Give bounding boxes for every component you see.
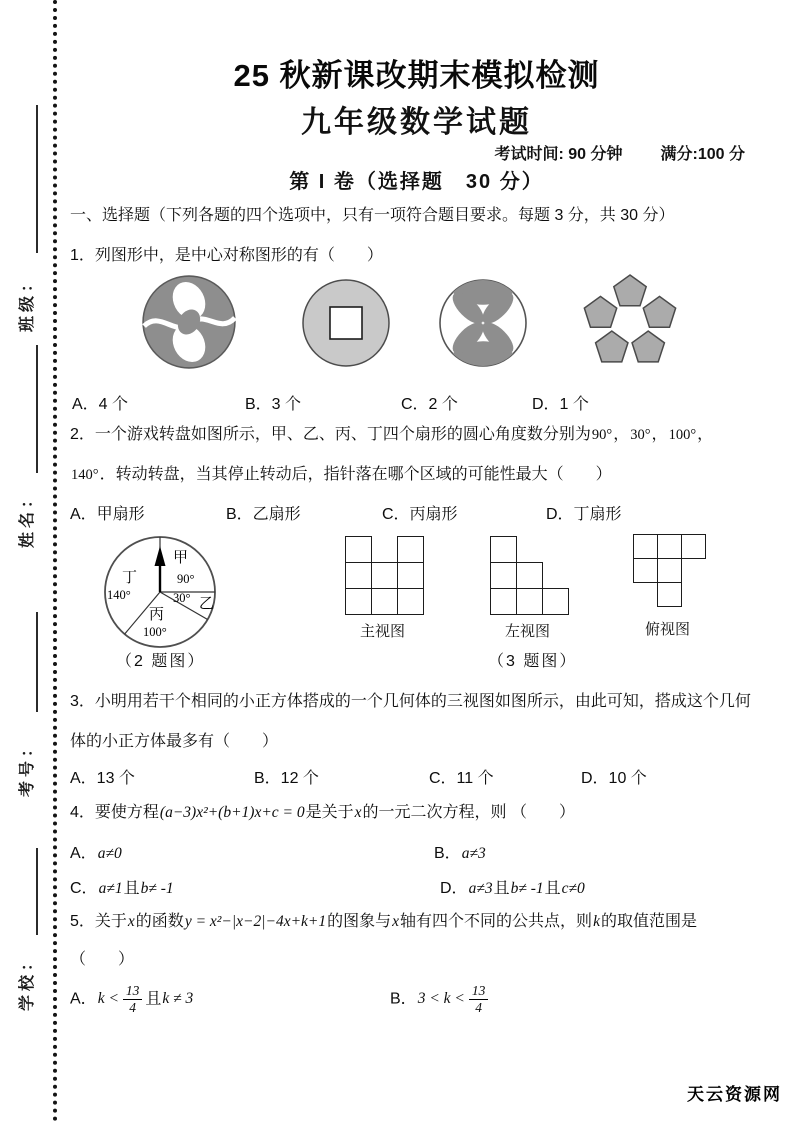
seal-dotted-line <box>53 0 57 1122</box>
text-segment: a≠3 <box>461 845 487 862</box>
text-segment: ， <box>613 426 629 443</box>
q5-option-a: A．k <134且k ≠ 3 <box>70 983 194 1015</box>
text-segment: b≠ -1 <box>140 880 175 897</box>
q4-option-b: B．a≠3 <box>434 840 487 863</box>
grid-cell <box>397 588 424 615</box>
text-segment: ．转动转盘，当其停止转动后，指针落在哪个区域的可能性最大（ ） <box>100 466 612 483</box>
text-segment: x <box>391 913 400 930</box>
grid-cell <box>397 562 424 589</box>
q3-option-d: D．10 个 <box>581 765 647 788</box>
exam-paper-page: 班级： 姓名： 考号： 学校： 25 秋新课改期末模拟检测 九年级数学试题 考试… <box>0 0 793 1122</box>
q2-option-a: A．甲扇形 <box>70 501 145 524</box>
grid-cell <box>397 536 424 563</box>
q2-figure-caption: （2 题图） <box>116 648 205 671</box>
sector-jia-angle: 90° <box>177 572 195 586</box>
site-watermark: 天云资源网 <box>687 1080 782 1105</box>
q1-figure-coin <box>300 277 392 369</box>
q1-figure-swirl-circle <box>140 272 238 372</box>
sector-ding-angle: 140° <box>107 588 131 602</box>
text-segment: k < <box>97 990 120 1007</box>
q1-option-d: D．1 个 <box>532 391 589 414</box>
q2-option-b: B．乙扇形 <box>226 501 301 524</box>
grid-cell <box>633 534 658 559</box>
text-segment: 4．要使方程 <box>70 804 159 821</box>
part-heading: 第 I 卷（选择题 30 分） <box>60 165 773 194</box>
q3-stem-line1: 3．小明用若干个相同的小正方体搭成的一个几何体的三视图如图所示，由此可知，搭成这… <box>70 691 751 713</box>
text-segment: 100° <box>668 427 698 443</box>
grid-cell <box>345 588 372 615</box>
sector-bing-angle: 100° <box>143 625 167 639</box>
q4-option-a: A．a≠0 <box>70 840 123 863</box>
text-segment: 且 <box>124 880 140 897</box>
text-segment: B． <box>390 990 417 1007</box>
text-segment: 的取值范围是 <box>601 913 697 930</box>
q1-option-c: C．2 个 <box>401 391 458 414</box>
q1-stem: 1．列图形中，是中心对称图形的有（ ） <box>70 245 383 267</box>
fraction: 134 <box>123 983 143 1015</box>
text-segment: (a−3)x²+(b+1)x+c = 0 <box>159 804 306 821</box>
q4-option-d: D．a≠3且b≠ -1且c≠0 <box>440 875 586 898</box>
text-segment: A． <box>70 990 97 1007</box>
grid-cell <box>490 588 517 615</box>
grid-cell <box>371 588 398 615</box>
q2-stem-line1: 2．一个游戏转盘如图所示，甲、乙、丙、丁四个扇形的圆心角度数分别为90°，30°… <box>70 424 713 446</box>
q5-stem-line2: （ ） <box>70 949 134 971</box>
q3-figure-caption: （3 题图） <box>488 648 577 671</box>
text-segment: 的图象与 <box>327 913 391 930</box>
q5-option-b: B．3 < k <134 <box>390 983 491 1015</box>
text-segment: 30° <box>629 427 651 443</box>
pentagon-top <box>614 275 646 306</box>
text-segment: 的一元二次方程，则 （ ） <box>363 804 575 821</box>
text-segment: k <box>592 913 601 930</box>
text-segment: k ≠ 3 <box>161 990 194 1007</box>
school-field-label: 学校： <box>14 926 36 1036</box>
text-segment: a≠0 <box>97 845 123 862</box>
grid-cell <box>542 588 569 615</box>
text-segment: x <box>354 804 363 821</box>
pentagon-right <box>641 293 679 333</box>
sector-yi-label: 乙 <box>199 595 214 612</box>
grid-cell <box>657 534 682 559</box>
text-segment: y = x²−|x−2|−4x+k+1 <box>184 913 327 930</box>
text-segment: a≠3 <box>468 880 494 897</box>
text-segment: a≠1 <box>98 880 124 897</box>
text-segment: C． <box>70 880 98 897</box>
text-segment: 且 <box>545 880 561 897</box>
exam-info: 考试时间: 90 分钟满分:100 分 <box>0 141 745 164</box>
text-segment: 3 < k < <box>417 990 466 1007</box>
sector-bing-label: 丙 <box>149 606 164 623</box>
q3-option-c: C．11 个 <box>429 765 494 788</box>
school-blank-line <box>36 848 38 935</box>
full-score: 满分:100 分 <box>661 146 745 163</box>
text-segment: 轴有四个不同的公共点，则 <box>400 913 592 930</box>
paper-title: 25 秋新课改期末模拟检测 <box>60 50 773 95</box>
q1-figure-four-petal <box>437 277 529 369</box>
grid-cell <box>657 558 682 583</box>
top-view-label: 俯视图 <box>645 618 690 639</box>
text-segment: c≠0 <box>561 880 586 897</box>
left-view-label: 左视图 <box>505 620 550 641</box>
grid-cell <box>681 534 706 559</box>
sector-jia-label: 甲 <box>173 549 188 566</box>
q2-stem-line2: 140°．转动转盘，当其停止转动后，指针落在哪个区域的可能性最大（ ） <box>70 464 612 486</box>
q1-option-b: B．3 个 <box>245 391 301 414</box>
grid-cell <box>371 562 398 589</box>
name-field-label: 姓名： <box>14 463 36 573</box>
coin-square-hole <box>330 307 362 339</box>
q5-stem-line1: 5．关于x的函数y = x²−|x−2|−4x+k+1的图象与x轴有四个不同的公… <box>70 911 697 933</box>
name-blank-line <box>36 345 38 473</box>
q3-option-b: B．12 个 <box>254 765 319 788</box>
examno-field-label: 考号： <box>14 712 36 822</box>
grid-cell <box>633 558 658 583</box>
q3-stem-line2: 体的小正方体最多有（ ） <box>70 731 278 753</box>
text-segment: b≠ -1 <box>510 880 545 897</box>
paper-subtitle: 九年级数学试题 <box>60 97 773 141</box>
text-segment: D． <box>440 880 468 897</box>
pentagon-bottom-left <box>589 327 633 371</box>
grid-cell <box>345 536 372 563</box>
examno-blank-line <box>36 612 38 712</box>
grid-cell <box>516 562 543 589</box>
grid-cell <box>490 536 517 563</box>
class-blank-line <box>36 105 38 253</box>
text-segment: 90° <box>591 427 613 443</box>
q2-spinner-figure: 甲 90° 乙 30° 丙 100° 丁 140° <box>101 530 219 654</box>
text-segment: ， <box>697 426 713 443</box>
grid-cell <box>516 588 543 615</box>
text-segment: x <box>127 913 136 930</box>
text-segment: 140° <box>70 467 100 483</box>
front-view-label: 主视图 <box>360 620 405 641</box>
pentagon-left <box>581 293 619 333</box>
q2-option-c: C．丙扇形 <box>382 501 458 524</box>
grid-cell <box>345 562 372 589</box>
text-segment: ， <box>652 426 668 443</box>
q1-figure-pentagon-ring <box>581 270 679 372</box>
class-field-label: 班级： <box>14 247 36 357</box>
grid-cell <box>490 562 517 589</box>
pentagon-bottom-right <box>627 327 671 371</box>
grid-cell <box>657 582 682 607</box>
fraction: 134 <box>469 983 489 1015</box>
sector-yi-angle: 30° <box>173 591 191 605</box>
q3-option-a: A．13 个 <box>70 765 135 788</box>
q4-stem: 4．要使方程(a−3)x²+(b+1)x+c = 0是关于x的一元二次方程，则 … <box>70 802 575 824</box>
text-segment: B． <box>434 845 461 862</box>
q4-option-c: C．a≠1且b≠ -1 <box>70 875 175 898</box>
text-segment: A． <box>70 845 97 862</box>
text-segment: 的函数 <box>136 913 184 930</box>
text-segment: 5．关于 <box>70 913 127 930</box>
text-segment: 且 <box>494 880 510 897</box>
q2-option-d: D．丁扇形 <box>546 501 622 524</box>
text-segment: 2．一个游戏转盘如图所示，甲、乙、丙、丁四个扇形的圆心角度数分别为 <box>70 426 591 443</box>
exam-time: 考试时间: 90 分钟 <box>494 146 622 163</box>
text-segment: 且 <box>145 990 161 1007</box>
text-segment: 是关于 <box>306 804 354 821</box>
section-heading: 一、选择题（下列各题的四个选项中，只有一项符合题目要求。每题 3 分，共 30 … <box>70 205 674 227</box>
q1-option-a: A．4 个 <box>72 391 128 414</box>
sector-ding-label: 丁 <box>122 569 137 586</box>
